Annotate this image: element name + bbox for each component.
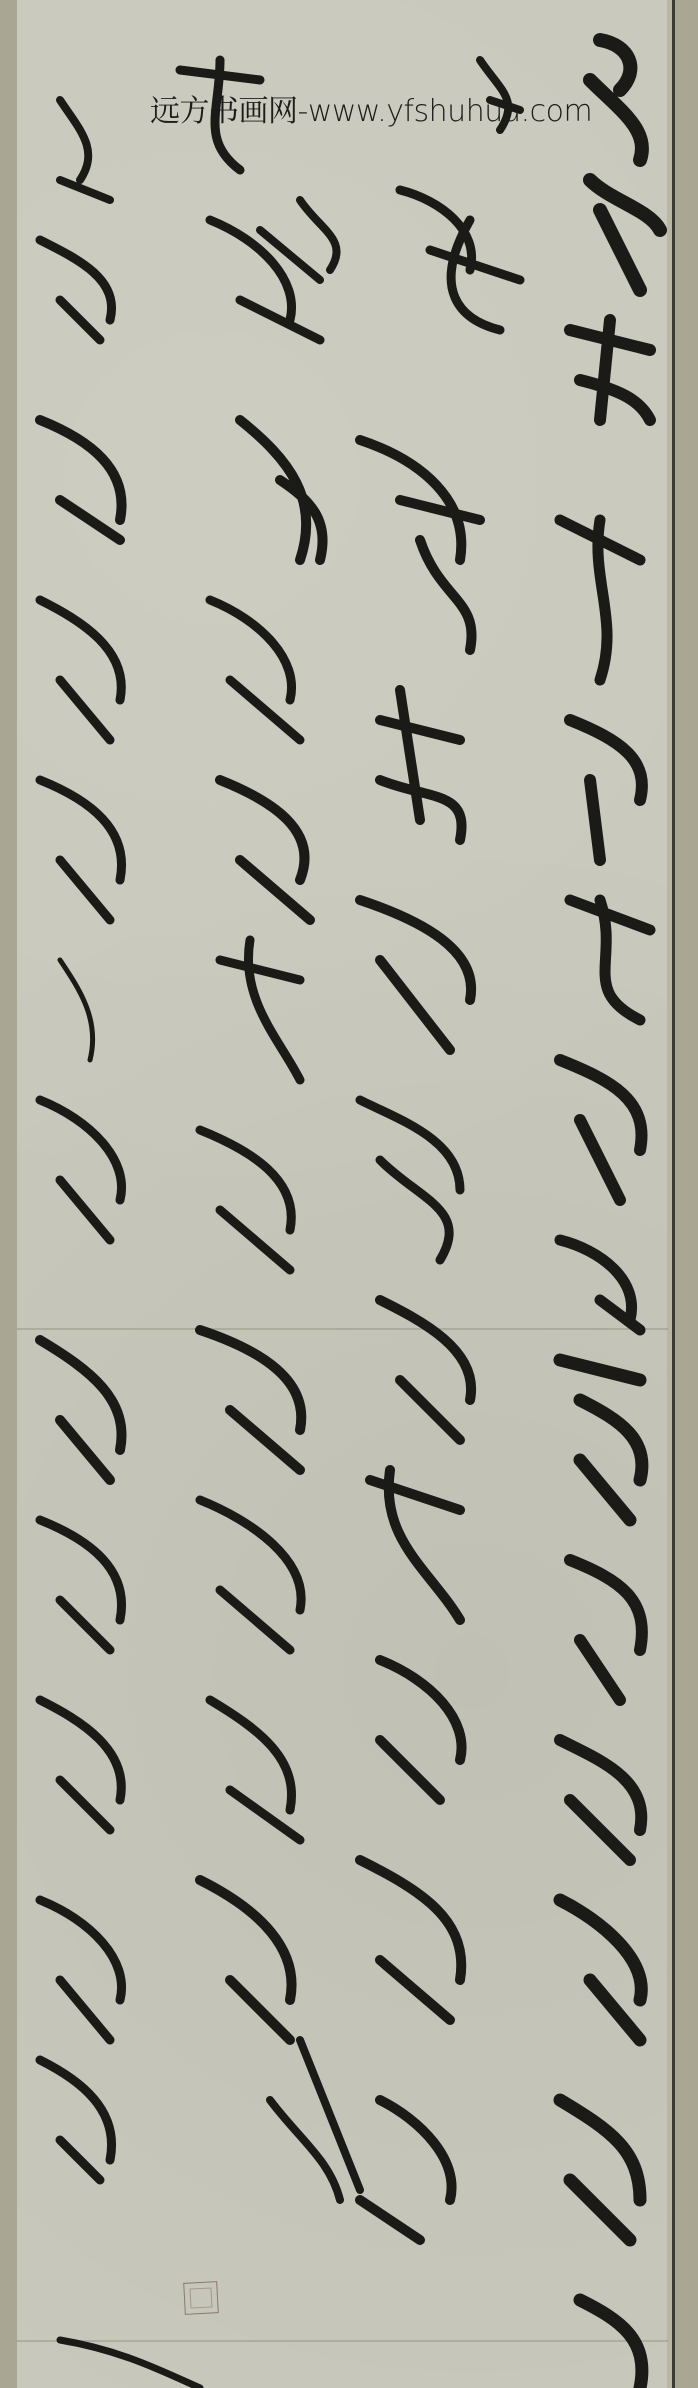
watermark-text: 远方书画网-www.yfshuhua.com bbox=[150, 86, 592, 130]
seal-stamp bbox=[183, 2281, 219, 2315]
calligraphy-strokes bbox=[0, 0, 698, 2388]
seal-inner-border bbox=[189, 2287, 212, 2308]
